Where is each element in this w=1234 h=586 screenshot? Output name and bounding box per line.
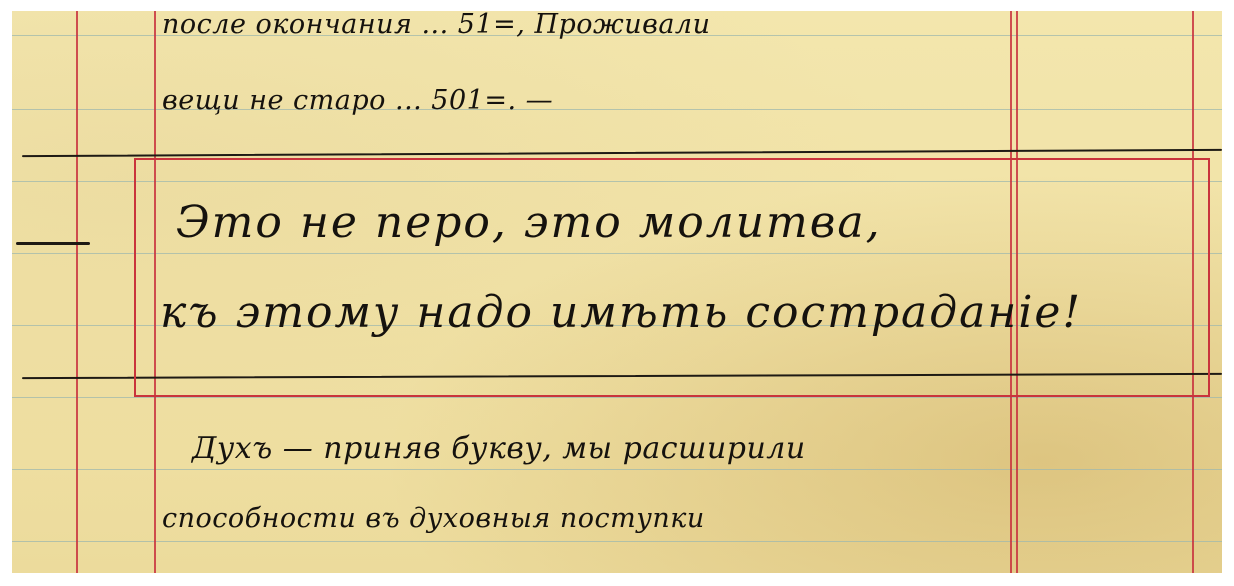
document-page: после окончания ... 51=, Проживали вещи … [0,0,1234,586]
handwritten-line: вещи не старо ... 501=. — [162,85,553,116]
ruled-line [12,541,1222,542]
ruled-line [12,397,1222,398]
margin-rule-left [76,11,78,573]
highlight-box [134,158,1210,397]
ink-divider-line [22,149,1222,157]
handwritten-line: после окончания ... 51=, Проживали [162,9,711,40]
handwritten-line: Духъ — приняв букву, мы расширили [192,431,806,466]
ruled-line [12,469,1222,470]
margin-dash [16,242,90,245]
handwritten-line: способности въ духовныя поступки [162,503,705,534]
